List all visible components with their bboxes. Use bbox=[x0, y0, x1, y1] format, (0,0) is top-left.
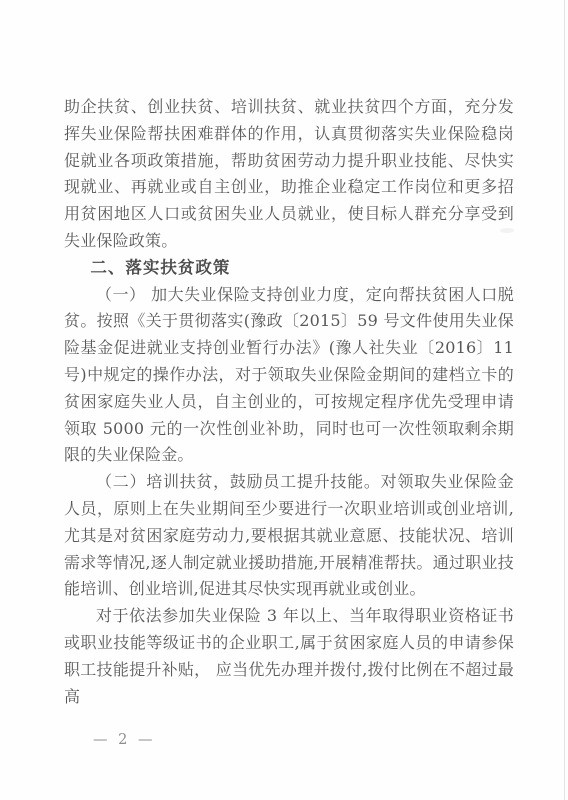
scan-edge-artifact bbox=[564, 0, 565, 800]
section-heading: 二、落实扶贫政策 bbox=[64, 255, 514, 282]
policy-paragraph-two: （二）培训扶贫，鼓励员工提升技能。对领取失业保险金人员，原则上在失业期间至少要进… bbox=[64, 469, 514, 603]
policy-paragraph-three: 对于依法参加失业保险 3 年以上、当年取得职业资格证书或职业技能等级证书的企业职… bbox=[64, 603, 514, 710]
document-text-block: 助企扶贫、创业扶贫、培训扶贫、就业扶贫四个方面，充分发挥失业保险帮扶困难群体的作… bbox=[64, 94, 514, 710]
scan-smudge-artifact bbox=[500, 228, 514, 233]
policy-paragraph-one: （一） 加大失业保险支持创业力度，定向帮扶贫困人口脱贫。按照《关于贯彻落实(豫政… bbox=[64, 282, 514, 470]
intro-paragraph: 助企扶贫、创业扶贫、培训扶贫、就业扶贫四个方面，充分发挥失业保险帮扶困难群体的作… bbox=[64, 94, 514, 255]
scanned-document-page: 助企扶贫、创业扶贫、培训扶贫、就业扶贫四个方面，充分发挥失业保险帮扶困难群体的作… bbox=[0, 0, 568, 800]
page-number: — 2 — bbox=[93, 732, 155, 748]
